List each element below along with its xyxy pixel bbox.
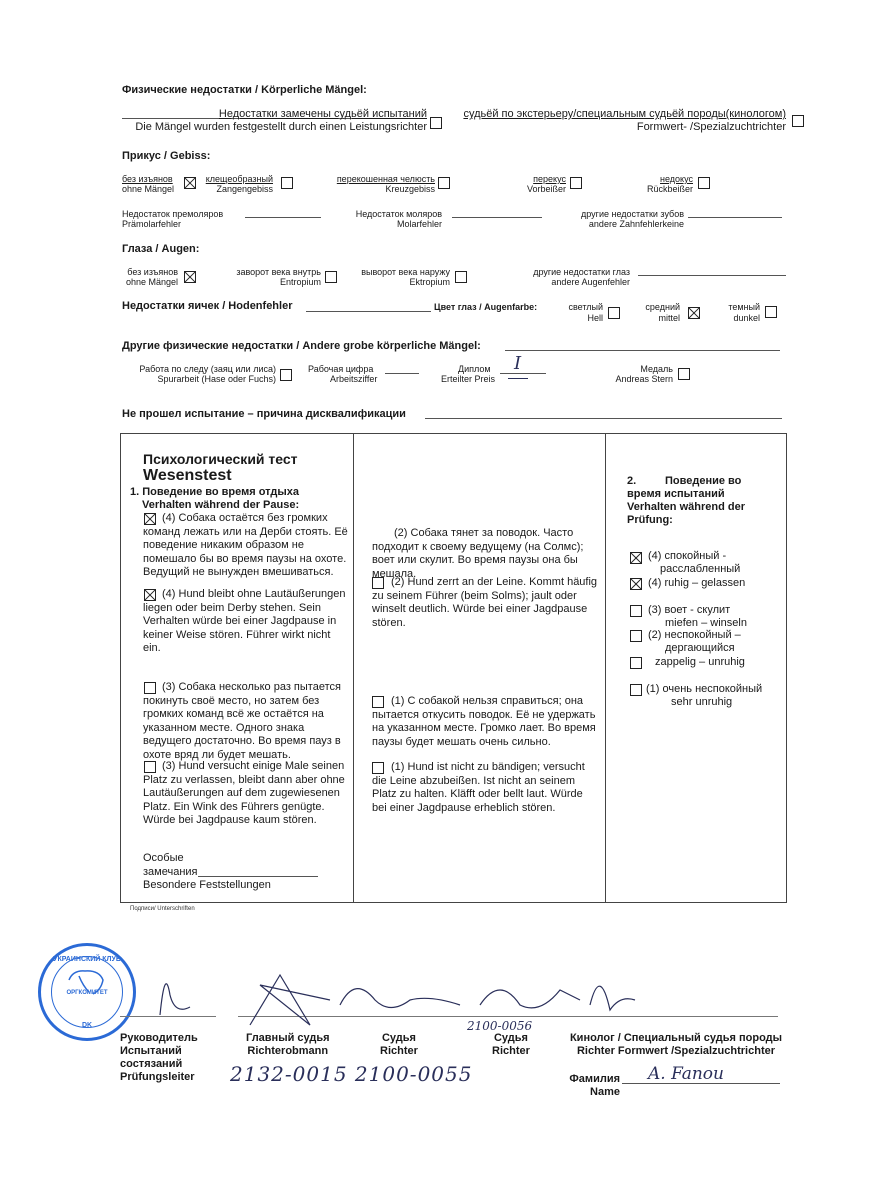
eye-dark-ru: темный: [710, 302, 760, 313]
eyes-ok-de: ohne Mängel: [122, 277, 178, 288]
c3-item-1-checkbox[interactable]: [630, 578, 642, 590]
section1-title-ru: 1. Поведение во время отдыха: [130, 486, 299, 498]
molar-de: Molarfehler: [320, 219, 442, 230]
c3-item-0-line2: расслабленный: [660, 563, 740, 577]
leader-label-2: Испытаний: [120, 1045, 198, 1058]
eye-medium-de: mittel: [630, 313, 680, 324]
eye-light-ru: светлый: [555, 302, 603, 313]
other-eyes-de: andere Augenfehler: [490, 277, 630, 288]
eye-light-checkbox[interactable]: [608, 307, 620, 319]
molar-field[interactable]: [452, 217, 542, 218]
other-physical-label: Другие физические недостатки / Andere gr…: [122, 340, 481, 352]
bite-ok-de: ohne Mängel: [122, 184, 174, 195]
judge1-label: Судья Richter: [380, 1032, 418, 1058]
chief-judge-label: Главный судья Richterobmann: [246, 1032, 330, 1058]
c2-opt2-ru-text: (2) Собака тянет за поводок. Часто подхо…: [372, 527, 600, 581]
c2-opt1-ru-text: (1) С собакой нельзя справиться; она пыт…: [372, 695, 600, 749]
handwritten-numbers: 2132-0015 2100-0055: [230, 1062, 472, 1086]
diploma-value: I: [514, 353, 521, 374]
bite-undershot-checkbox[interactable]: [698, 177, 710, 189]
remarks-de: Besondere Feststellungen: [143, 879, 271, 893]
stamp-top-text: УКРАИНСКИЙ КЛУБ: [41, 956, 133, 963]
physical-defects-heading: Физические недостатки / Körperliche Mäng…: [122, 84, 367, 96]
eye-dark-checkbox[interactable]: [765, 306, 777, 318]
bite-pincer-de: Zangengebiss: [200, 184, 273, 195]
other-eyes-field[interactable]: [638, 275, 786, 276]
c1-opt4-de-text: (4) Hund bleibt ohne Lautäußerungen lieg…: [143, 588, 348, 656]
observed-by-test-checkbox[interactable]: [430, 117, 442, 129]
dog-head-icon: [65, 966, 109, 996]
signatures-scribbles: [140, 955, 790, 1035]
c2-opt2-de-text: (2) Hund zerrt an der Leine. Kommt häufi…: [372, 576, 600, 630]
other-teeth-field[interactable]: [688, 217, 782, 218]
c3-item-0-line1: (4) спокойный -: [648, 550, 726, 564]
eye-medium-ru: средний: [630, 302, 680, 313]
section1-title-de: Verhalten während der Pause:: [142, 499, 299, 511]
medal-checkbox[interactable]: [678, 368, 690, 380]
leader-label-4: Prüfungsleiter: [120, 1071, 198, 1084]
bite-cross-checkbox[interactable]: [438, 177, 450, 189]
breed-judge-ru: Кинолог / Специальный судья породы: [566, 1032, 786, 1045]
section2-title-de-2: Prüfung:: [627, 514, 673, 526]
stamp-bottom-text: DK: [41, 1022, 133, 1029]
premolar-de: Prämolarfehler: [122, 219, 181, 230]
other-teeth-de: andere Zahnfehlerkeine: [550, 219, 684, 230]
judge1-ru: Судья: [380, 1032, 418, 1045]
section2-num: 2.: [627, 475, 636, 487]
work-figure-de: Arbeitsziffer: [330, 374, 377, 385]
c1-opt4-ru-text: (4) Собака остаётся без громких команд л…: [143, 512, 348, 580]
name-label-ru: Фамилия: [560, 1073, 620, 1085]
premolar-field[interactable]: [245, 217, 321, 218]
c3-item-4-checkbox[interactable]: [630, 657, 642, 669]
ektropium-checkbox[interactable]: [455, 271, 467, 283]
judge2-label: Судья Richter: [492, 1032, 530, 1058]
c2-opt1-de-text: (1) Hund ist nicht zu bändigen; versucht…: [372, 761, 600, 815]
diploma-de: Erteilter Preis: [441, 374, 495, 385]
section2-title-de-1: Verhalten während der: [627, 501, 745, 513]
bite-pincer-checkbox[interactable]: [281, 177, 293, 189]
temperament-title-de: Wesenstest: [143, 467, 232, 485]
remarks-ru-2: замечания: [143, 866, 198, 880]
medal-de: Andreas Stern: [600, 374, 673, 385]
observed-by-show-checkbox[interactable]: [792, 115, 804, 127]
c3-item-5-line1: (1) очень неспокойный: [646, 683, 762, 697]
c3-item-3-line1: (2) неспокойный –: [648, 629, 741, 643]
judge2-de: Richter: [492, 1045, 530, 1058]
c3-item-5-checkbox[interactable]: [630, 684, 642, 696]
c3-item-5-line2: sehr unruhig: [671, 696, 732, 710]
section2-title-ru-1: Поведение во: [665, 475, 741, 487]
observed-by-show-de: Formwert- /Spezialzuchtrichter: [452, 121, 786, 133]
chief-judge-de: Richterobmann: [246, 1045, 330, 1058]
testicles-field[interactable]: [306, 311, 431, 312]
c3-item-3-line2: дергающийся: [665, 642, 735, 656]
bite-overshot-checkbox[interactable]: [570, 177, 582, 189]
c3-item-4-line1: zappelig – unruhig: [655, 656, 745, 670]
temperament-title-ru: Психологический тест: [143, 451, 298, 467]
diploma-field[interactable]: [500, 373, 546, 374]
bite-overshot-de: Vorbeißer: [500, 184, 566, 195]
entropium-checkbox[interactable]: [325, 271, 337, 283]
judge-number-handwritten: 2100-0056: [467, 1019, 532, 1033]
leader-label: Руководитель Испытаний состязаний Prüfun…: [120, 1032, 198, 1084]
other-physical-field[interactable]: [505, 350, 780, 351]
section2-title-ru-2: время испытаний: [627, 488, 725, 500]
c3-item-2-line1: (3) воет - скулит: [648, 604, 730, 618]
remarks-ru-1: Особые: [143, 852, 184, 866]
c3-item-2-checkbox[interactable]: [630, 605, 642, 617]
remarks-field[interactable]: [198, 876, 318, 877]
c1-opt3-de-text: (3) Hund versucht einige Male seinen Pla…: [143, 760, 348, 828]
bite-ok-checkbox[interactable]: [184, 177, 196, 189]
c3-item-3-checkbox[interactable]: [630, 630, 642, 642]
work-figure-field[interactable]: [385, 373, 419, 374]
chief-judge-ru: Главный судья: [246, 1032, 330, 1045]
eye-medium-checkbox[interactable]: [688, 307, 700, 319]
ektropium-de: Ektropium: [340, 277, 450, 288]
eye-dark-de: dunkel: [710, 313, 760, 324]
eyes-heading: Глаза / Augen:: [122, 243, 199, 255]
c3-item-1-line1: (4) ruhig – gelassen: [648, 577, 745, 591]
leader-label-1: Руководитель: [120, 1032, 198, 1045]
observed-by-show-ru: судьёй по экстерьеру/специальным судьёй …: [452, 108, 786, 120]
club-stamp: УКРАИНСКИЙ КЛУБ ОРГКОМИТЕТ DK: [38, 943, 136, 1041]
name-label-de: Name: [560, 1086, 620, 1098]
disqualification-label: Не прошел испытание – причина дисквалифи…: [122, 408, 406, 420]
leader-label-3: состязаний: [120, 1058, 198, 1071]
signatures-caption: Подписи/ Unterschriften: [130, 906, 195, 912]
judge2-ru: Судья: [492, 1032, 530, 1045]
bite-cross-de: Kreuzgebiss: [310, 184, 435, 195]
judge1-de: Richter: [380, 1045, 418, 1058]
track-work-checkbox[interactable]: [280, 369, 292, 381]
eyes-ok-checkbox[interactable]: [184, 271, 196, 283]
bite-undershot-de: Rückbeißer: [620, 184, 693, 195]
observed-by-test-de: Die Mängel wurden festgestellt durch ein…: [122, 121, 427, 133]
breed-judge-label: Кинолог / Специальный судья породы Richt…: [566, 1032, 786, 1058]
track-work-de: Spurarbeit (Hase oder Fuchs): [118, 374, 276, 385]
breed-judge-de: Richter Formwert /Spezialzuchtrichter: [566, 1045, 786, 1058]
bite-heading: Прикус / Gebiss:: [122, 150, 210, 162]
c1-opt3-ru-text: (3) Собака несколько раз пытается покину…: [143, 681, 348, 762]
disqualification-field[interactable]: [425, 418, 782, 419]
testicles-label: Недостатки яичек / Hodenfehler: [122, 300, 292, 312]
name-value: A. Fanou: [648, 1064, 724, 1084]
eye-color-label: Цвет глаз / Augenfarbe:: [434, 302, 537, 312]
eye-light-de: Hell: [555, 313, 603, 324]
c3-item-0-checkbox[interactable]: [630, 552, 642, 564]
entropium-de: Entropium: [210, 277, 321, 288]
observed-by-test-ru: Недостатки замечены судьёй испытаний: [122, 108, 427, 120]
